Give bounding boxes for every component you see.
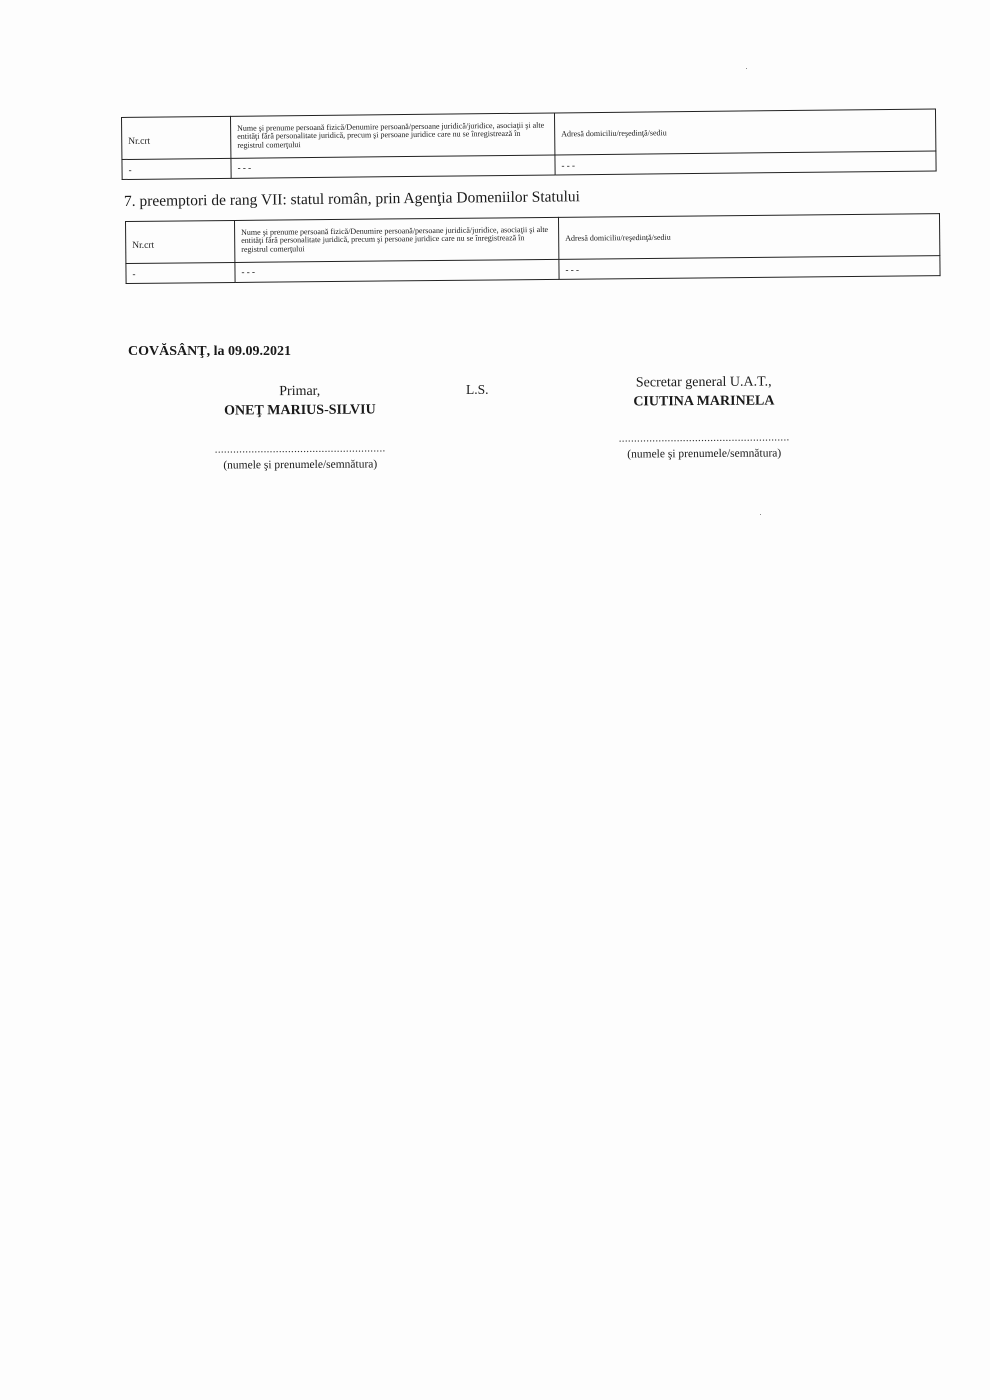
- signature-block-mayor: Primar, ONEŢ MARIUS-SILVIU .............…: [190, 383, 411, 472]
- preemptors-table-7: Nr.crt Nume şi prenume persoană fizică/D…: [125, 213, 941, 284]
- preemptors-table-6: Nr.crt Nume şi prenume persoană fizică/D…: [121, 108, 937, 180]
- signature-block-secretary: Secretar general U.A.T., CIUTINA MARINEL…: [594, 374, 815, 461]
- cell-nr: -: [126, 262, 235, 283]
- scanned-page: Nr.crt Nume şi prenume persoană fizică/D…: [0, 0, 990, 1400]
- cell-name: - - -: [235, 259, 559, 282]
- signature-line: ........................................…: [594, 431, 814, 445]
- cell-name: - - -: [231, 155, 555, 178]
- cell-address: - - -: [555, 151, 936, 175]
- column-header-name: Nume şi prenume persoană fizică/Denumire…: [234, 217, 558, 262]
- cell-address: - - -: [559, 256, 940, 280]
- scan-speck: [746, 68, 747, 69]
- cell-nr: -: [122, 158, 231, 179]
- signatory-role: Primar,: [190, 383, 410, 401]
- column-header-name: Nume şi prenume persoană fizică/Denumire…: [230, 113, 554, 158]
- signatory-name: CIUTINA MARINELA: [594, 393, 814, 411]
- table-grid: Nr.crt Nume şi prenume persoană fizică/D…: [121, 108, 937, 180]
- table-grid: Nr.crt Nume şi prenume persoană fizică/D…: [125, 213, 941, 284]
- section-7-heading: 7. preemptori de rang VII: statul român,…: [124, 188, 580, 211]
- signatory-role: Secretar general U.A.T.,: [594, 374, 814, 392]
- column-header-nr: Nr.crt: [126, 220, 235, 263]
- signatory-name: ONEŢ MARIUS-SILVIU: [190, 402, 410, 420]
- seal-marker: L.S.: [466, 382, 489, 398]
- place-and-date: COVĂSÂNŢ, la 09.09.2021: [128, 344, 291, 360]
- signature-caption: (numele şi prenumele/semnătura): [594, 447, 814, 461]
- scan-speck: [760, 514, 761, 515]
- signature-line: ........................................…: [190, 442, 410, 456]
- column-header-address: Adresă domiciliu/reşedinţă/sediu: [554, 109, 935, 155]
- column-header-address: Adresă domiciliu/reşedinţă/sediu: [558, 214, 939, 260]
- column-header-nr: Nr.crt: [122, 116, 231, 159]
- signature-caption: (numele şi prenumele/semnătura): [190, 458, 410, 472]
